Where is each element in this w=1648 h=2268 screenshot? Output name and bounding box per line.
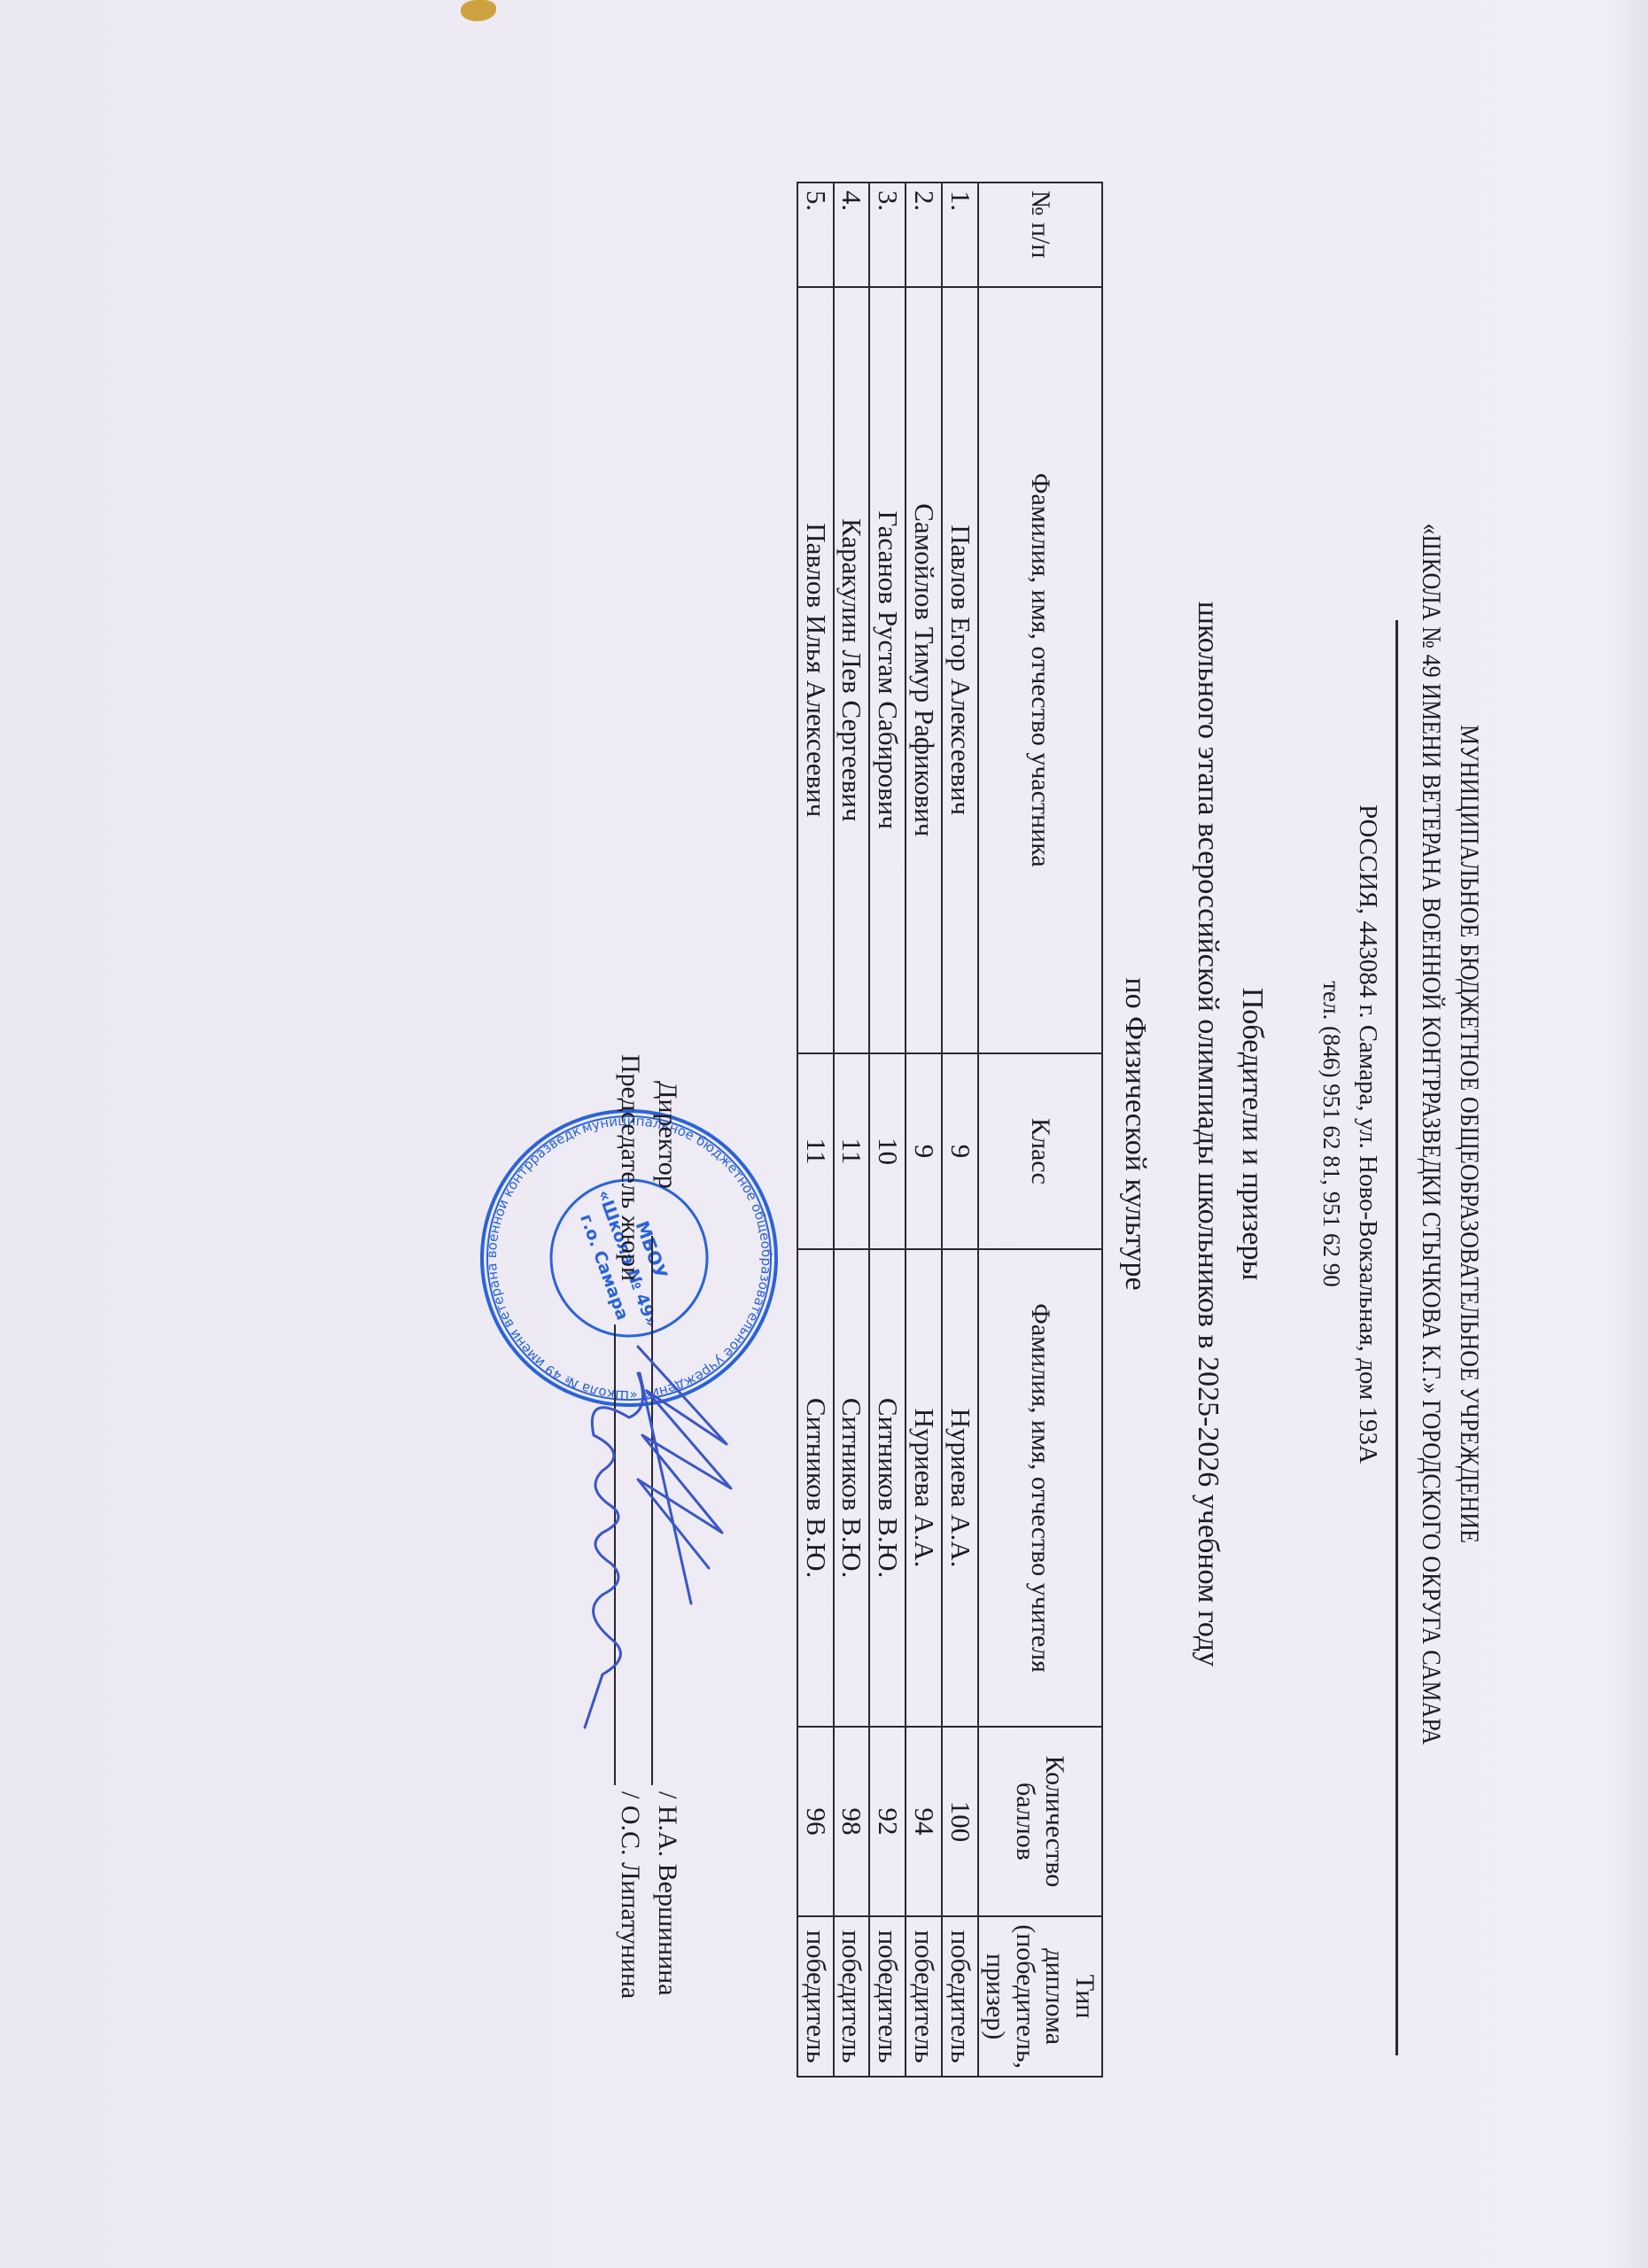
address: РОССИЯ, 443084 г. Самара, ул. Ново-Вокза…: [1353, 0, 1382, 2268]
cell-score: 94: [906, 1727, 942, 1917]
header-divider: [1395, 620, 1398, 2055]
cell-participant: Павлов Егор Алексеевич: [942, 287, 978, 1052]
table-row: 3.Гасанов Рустам Сабирович10Ситников В.Ю…: [869, 183, 906, 2077]
cell-num: 2.: [906, 183, 942, 287]
handwritten-signature-jury-chair: [567, 1355, 656, 1745]
header-participant: Фамилия, имя, отчество участника: [978, 287, 1102, 1052]
cell-participant: Гасанов Рустам Сабирович: [869, 287, 906, 1052]
cell-diploma: победитель: [797, 1916, 834, 2077]
signature-role-jury-chair: Председатель жюри: [615, 1054, 645, 1281]
cell-grade: 11: [834, 1053, 870, 1250]
cell-diploma: победитель: [906, 1916, 942, 2077]
cell-teacher: Нуриева А.А.: [906, 1249, 942, 1726]
header-grade: Класс: [978, 1053, 1102, 1250]
header-teacher: Фамилия, имя, отчество учителя: [978, 1249, 1102, 1726]
table-row: 2.Самойлов Тимур Рафикович9Нуриева А.А.9…: [906, 183, 942, 2077]
signature-name-director: / Н.А. Вершинина: [652, 1791, 682, 1996]
cell-score: 92: [869, 1727, 906, 1917]
cell-num: 5.: [797, 183, 834, 287]
cell-teacher: Нуриева А.А.: [942, 1249, 978, 1726]
phone: тел. (846) 951 62 81, 951 62 90: [1318, 0, 1345, 2268]
scan-edge-shadow: [1613, 0, 1648, 2268]
document-title: Победители и призеры: [1235, 0, 1269, 2268]
cell-score: 100: [942, 1727, 978, 1917]
header-score: Количество баллов: [978, 1727, 1102, 1917]
cell-teacher: Ситников В.Ю.: [869, 1249, 906, 1726]
document-subtitle: школьного этапа всероссийской олимпиады …: [1191, 0, 1224, 2268]
cell-diploma: победитель: [834, 1916, 870, 2077]
paper-smudge: [461, 0, 496, 21]
table-row: 1.Павлов Егор Алексеевич9Нуриева А.А.100…: [942, 183, 978, 2077]
header-diploma: Тип диплома (победитель, призер): [978, 1916, 1102, 2077]
cell-participant: Самойлов Тимур Рафикович: [906, 287, 942, 1052]
cell-num: 4.: [834, 183, 870, 287]
cell-score: 96: [797, 1727, 834, 1917]
table-row: 4.Каракулин Лев Сергеевич11Ситников В.Ю.…: [834, 183, 870, 2077]
signature-name-jury-chair: / О.С. Липатунина: [615, 1791, 645, 1999]
organization-name-line2: «ШКОЛА № 49 ИМЕНИ ВЕТЕРАНА ВОЕННОЙ КОНТР…: [1416, 159, 1446, 2109]
cell-grade: 9: [942, 1053, 978, 1250]
header-num: № п/п: [978, 183, 1102, 287]
table-header-row: № п/п Фамилия, имя, отчество участника К…: [978, 183, 1102, 2077]
cell-participant: Павлов Илья Алексеевич: [797, 287, 834, 1052]
organization-name-line1: МУНИЦИПАЛЬНОЕ БЮДЖЕТНОЕ ОБЩЕОБРАЗОВАТЕЛЬ…: [1454, 159, 1484, 2109]
scanned-document-page: МУНИЦИПАЛЬНОЕ БЮДЖЕТНОЕ ОБЩЕОБРАЗОВАТЕЛЬ…: [0, 0, 1648, 2268]
cell-score: 98: [834, 1727, 870, 1917]
document-subject: по Физической культуре: [1118, 0, 1152, 2268]
cell-grade: 9: [906, 1053, 942, 1250]
cell-diploma: победитель: [942, 1916, 978, 2077]
signature-role-director: Директор: [652, 1081, 682, 1189]
winners-table: № п/п Фамилия, имя, отчество участника К…: [797, 182, 1103, 2078]
cell-participant: Каракулин Лев Сергеевич: [834, 287, 870, 1052]
cell-grade: 11: [797, 1053, 834, 1250]
cell-num: 3.: [869, 183, 906, 287]
cell-diploma: победитель: [869, 1916, 906, 2077]
cell-grade: 10: [869, 1053, 906, 1250]
cell-teacher: Ситников В.Ю.: [834, 1249, 870, 1726]
cell-num: 1.: [942, 183, 978, 287]
table-row: 5.Павлов Илья Алексеевич11Ситников В.Ю.9…: [797, 183, 834, 2077]
